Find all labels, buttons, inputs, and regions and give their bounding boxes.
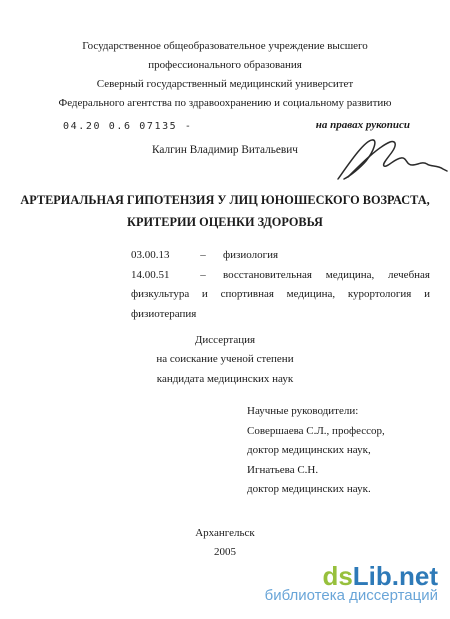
institution-header: Государственное общеобразовательное учре… [20,37,430,113]
specialty-name-continued: физиотерапия [131,305,430,325]
dslib-logo-subtitle: библиотека диссертаций [265,588,438,604]
thesis-line: на соискание ученой степени [20,350,430,369]
title-line: КРИТЕРИИ ОЦЕНКИ ЗДОРОВЬЯ [20,211,430,233]
supervisors-heading: Научные руководители: [247,402,432,422]
institution-line: Северный государственный медицинский уни… [20,75,430,94]
specialty-dash: – [183,246,223,266]
specialty-row: 03.00.13 – физиология [131,246,430,266]
thesis-line: Диссертация [20,331,430,350]
publication-city: Архангельск [20,527,430,539]
dissertation-title-page: Государственное общеобразовательное учре… [0,0,450,619]
institution-line: Федерального агентства по здравоохранени… [20,94,430,113]
manuscript-rights-note: на правах рукописи [316,119,410,131]
specialty-code: 14.00.51 [131,266,183,286]
dissertation-title: АРТЕРИАЛЬНАЯ ГИПОТЕНЗИЯ У ЛИЦ ЮНОШЕСКОГО… [20,189,430,233]
title-line: АРТЕРИАЛЬНАЯ ГИПОТЕНЗИЯ У ЛИЦ ЮНОШЕСКОГО… [20,189,430,211]
supervisor-line: Игнатьева С.Н. [247,461,432,481]
thesis-statement: Диссертация на соискание ученой степени … [20,331,430,389]
supervisor-line: Совершаева С.Л., профессор, [247,422,432,442]
specialty-name: восстановительная медицина, лечебная [223,266,430,286]
specialty-row: 14.00.51 – восстановительная медицина, л… [131,266,430,286]
publication-year: 2005 [20,546,430,558]
supervisors-block: Научные руководители: Совершаева С.Л., п… [247,402,432,500]
institution-line: Государственное общеобразовательное учре… [20,37,430,56]
thesis-line: кандидата медицинских наук [20,370,430,389]
specialty-name-continued: физкультура и спортивная медицина, курор… [131,285,430,305]
supervisor-line: доктор медицинских наук, [247,441,432,461]
library-stamp-number: 04.20 0.6 07135 - [63,121,193,132]
supervisor-line: доктор медицинских наук. [247,480,432,500]
specialty-dash: – [183,266,223,286]
signature [334,137,449,182]
dslib-logo[interactable]: dsLib.net [322,563,438,589]
specialty-code: 03.00.13 [131,246,183,266]
institution-line: профессионального образования [20,56,430,75]
specialty-name: физиология [223,246,278,266]
specialty-codes: 03.00.13 – физиология 14.00.51 – восстан… [131,246,430,325]
